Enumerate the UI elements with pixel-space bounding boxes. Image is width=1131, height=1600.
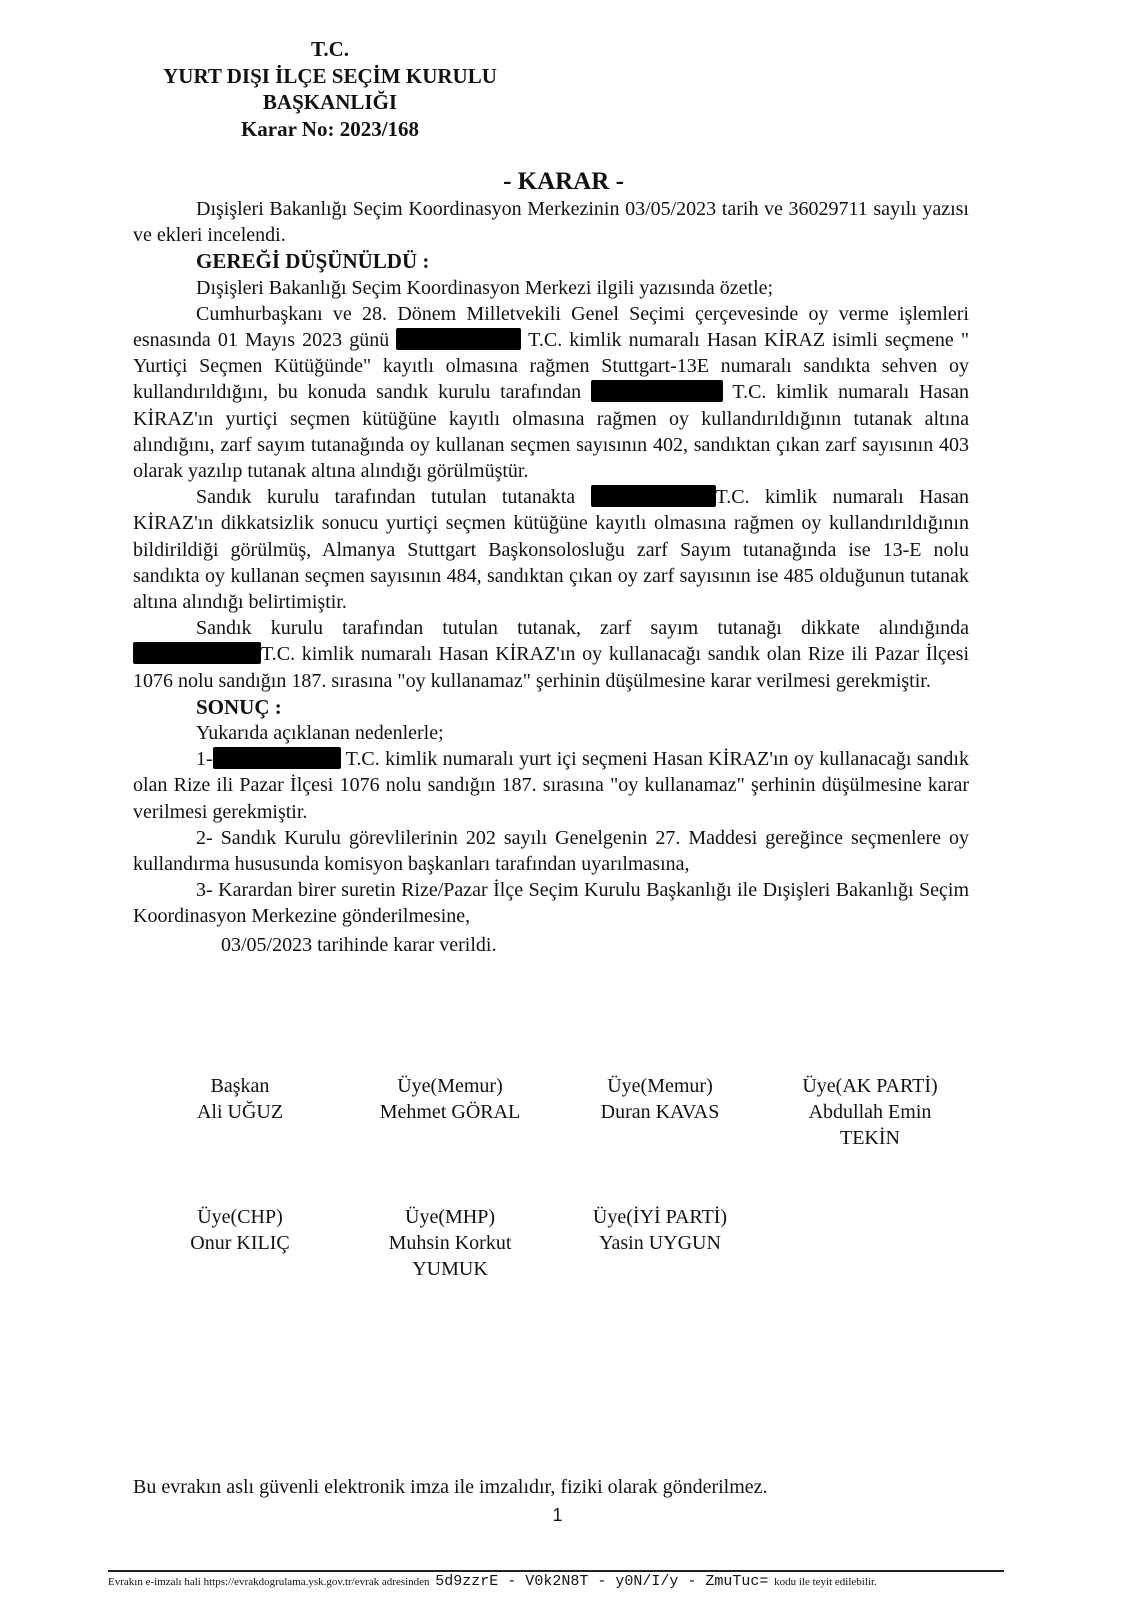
result-item-3-number: 3- xyxy=(196,879,213,901)
header-presidency: BAŞKANLIĞI xyxy=(130,89,530,116)
signatory-role: Başkan xyxy=(160,1073,320,1099)
paragraph-3-text-a: Sandık kurulu tarafından tutulan tutanak… xyxy=(196,617,969,639)
redaction-block xyxy=(591,380,723,402)
intro-paragraph: Dışişleri Bakanlığı Seçim Koordinasyon M… xyxy=(133,196,969,248)
gerek-heading: GEREĞİ DÜŞÜNÜLDÜ : xyxy=(133,248,969,274)
paragraph-3: Sandık kurulu tarafından tutulan tutanak… xyxy=(133,615,969,694)
redaction-block xyxy=(213,747,341,769)
signatory-role: Üye(AK PARTİ) xyxy=(785,1073,955,1099)
decision-body: Dışişleri Bakanlığı Seçim Koordinasyon M… xyxy=(133,196,969,958)
signatory-member-2: Üye(Memur) Duran KAVAS xyxy=(570,1073,750,1125)
sonuc-heading: SONUÇ : xyxy=(133,694,969,720)
decision-title: - KARAR - xyxy=(0,168,1131,196)
signatory-name: Yasin UYGUN xyxy=(575,1230,745,1256)
result-item-3: 3- Karardan birer suretin Rize/Pazar İlç… xyxy=(133,877,969,929)
verification-footer: Evrakın e-imzalı hali https://evrakdogru… xyxy=(108,1573,1008,1590)
result-item-2-text: Sandık Kurulu görevlilerinin 202 sayılı … xyxy=(133,827,969,875)
signatory-member-4: Üye(CHP) Onur KILIÇ xyxy=(160,1204,320,1256)
signatory-role: Üye(Memur) xyxy=(355,1073,545,1099)
footer-divider xyxy=(108,1570,1004,1572)
result-item-2: 2- Sandık Kurulu görevlilerinin 202 sayı… xyxy=(133,825,969,877)
redaction-block xyxy=(396,328,521,350)
paragraph-1: Cumhurbaşkanı ve 28. Dönem Milletvekili … xyxy=(133,301,969,484)
signatory-member-1: Üye(Memur) Mehmet GÖRAL xyxy=(355,1073,545,1125)
signatory-member-3: Üye(AK PARTİ) Abdullah Emin TEKİN xyxy=(785,1073,955,1151)
decision-date-line: 03/05/2023 tarihinde karar verildi. xyxy=(133,932,969,958)
signatory-name: Abdullah Emin TEKİN xyxy=(785,1099,955,1151)
header-institution: YURT DIŞI İLÇE SEÇİM KURULU xyxy=(130,63,530,90)
page-number: 1 xyxy=(0,1505,1131,1526)
signatory-role: Üye(MHP) xyxy=(370,1204,530,1230)
redaction-block xyxy=(133,642,261,664)
verification-suffix: kodu ile teyit edilebilir. xyxy=(774,1576,877,1588)
signatory-role: Üye(Memur) xyxy=(570,1073,750,1099)
decision-number: Karar No: 2023/168 xyxy=(130,116,530,143)
signatory-name: Mehmet GÖRAL xyxy=(355,1099,545,1125)
sonuc-intro: Yukarıda açıklanan nedenlerle; xyxy=(133,720,969,746)
esign-note: Bu evrakın aslı güvenli elektronik imza … xyxy=(133,1476,768,1499)
decision-title-text: - KARAR - xyxy=(503,168,624,195)
summary-line: Dışişleri Bakanlığı Seçim Koordinasyon M… xyxy=(133,275,969,301)
paragraph-2-text-a: Sandık kurulu tarafından tutulan tutanak… xyxy=(196,486,591,508)
header-tc: T.C. xyxy=(130,36,530,63)
signatory-member-5: Üye(MHP) Muhsin Korkut YUMUK xyxy=(370,1204,530,1282)
paragraph-2: Sandık kurulu tarafından tutulan tutanak… xyxy=(133,484,969,615)
signatory-name: Duran KAVAS xyxy=(570,1099,750,1125)
signatory-name: Muhsin Korkut YUMUK xyxy=(370,1230,530,1282)
redaction-block xyxy=(591,485,716,507)
page-number-text: 1 xyxy=(552,1505,562,1525)
result-item-2-number: 2- xyxy=(196,827,213,849)
signatory-name: Onur KILIÇ xyxy=(160,1230,320,1256)
verification-url-text: Evrakın e-imzalı hali https://evrakdogru… xyxy=(108,1576,430,1588)
signatory-role: Üye(CHP) xyxy=(160,1204,320,1230)
signatory-member-6: Üye(İYİ PARTİ) Yasin UYGUN xyxy=(575,1204,745,1256)
document-header: T.C. YURT DIŞI İLÇE SEÇİM KURULU BAŞKANL… xyxy=(130,36,530,142)
result-item-1: 1- T.C. kimlik numaralı yurt içi seçmeni… xyxy=(133,746,969,825)
signatory-role: Üye(İYİ PARTİ) xyxy=(575,1204,745,1230)
result-item-3-text: Karardan birer suretin Rize/Pazar İlçe S… xyxy=(133,879,969,927)
signatory-president: Başkan Ali UĞUZ xyxy=(160,1073,320,1125)
signatory-name: Ali UĞUZ xyxy=(160,1099,320,1125)
result-item-1-number: 1- xyxy=(196,748,213,770)
verification-code: 5d9zzrE - V0k2N8T - y0N/I/y - ZmuTuc= xyxy=(435,1573,768,1590)
